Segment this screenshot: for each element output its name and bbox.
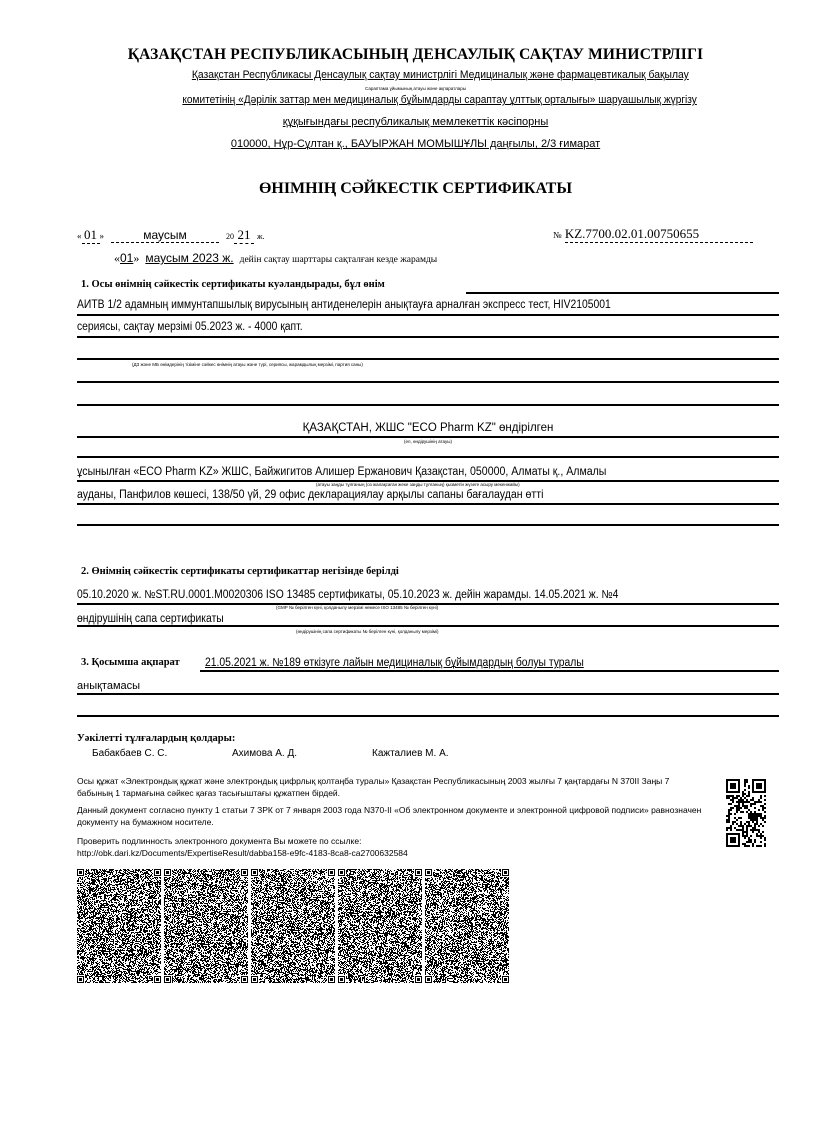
additional-info-line-2: анықтамасы — [77, 680, 140, 692]
certificate-number-value: KZ.7700.02.01.00750655 — [565, 226, 753, 243]
verify-label: Проверить подлинность электронного докум… — [77, 836, 361, 846]
applicant-caption: (атауы заңды тұлғаның (оз жалақсаған жек… — [316, 482, 520, 487]
manufacturer-line: ҚАЗАҚСТАН, ЖШС "ECO Pharm KZ" өндірілген — [77, 422, 779, 434]
section3-heading: 3. Қосымша ақпарат — [81, 657, 180, 668]
issue-month: маусым — [111, 228, 219, 243]
issue-date: «01» маусым 2021 ж. — [77, 227, 265, 244]
basis-line-2: өндірушінің сапа сертификаты — [77, 613, 224, 625]
signatory-3: Кажталиев М. А. — [372, 748, 449, 759]
ministry-title: ҚАЗАҚСТАН РЕСПУБЛИКАСЫНЫҢ ДЕНСАУЛЫҚ САҚТ… — [0, 46, 831, 64]
committee-line-1: Қазақстан Республикасы Денсаулық сақтау … — [60, 69, 820, 81]
section1-heading: 1. Осы өнімнің сәйкестік сертификаты куә… — [81, 279, 385, 290]
signatures-heading: Уәкілетті тұлғалардың қолдары: — [77, 733, 235, 744]
issue-day: 01 — [82, 227, 100, 244]
footer-kz-text: Осы құжат «Электрондық құжат және электр… — [77, 775, 697, 799]
signatory-1: Бабакбаев С. С. — [92, 748, 167, 759]
committee-caption: Сараптама ұйымының атауы және ақпаратлар… — [0, 86, 831, 91]
issue-year: 21 — [234, 227, 254, 244]
barcode-icon — [425, 869, 509, 983]
committee-line-3: құқығындағы республикалық мемлекеттік кә… — [0, 116, 831, 128]
qr-code-icon — [726, 779, 767, 849]
applicant-line-1: ұсынылған «ECO Pharm KZ» ЖШС, Байжигитов… — [77, 466, 606, 478]
applicant-line-2: ауданы, Панфилов көшесі, 138/50 үй, 29 о… — [77, 489, 543, 501]
basis-line-1: 05.10.2020 ж. №ST.RU.0001.M0020306 ISO 1… — [77, 589, 618, 601]
product-line-1: АИТВ 1/2 адамның иммунтапшылық вирусының… — [77, 299, 611, 311]
additional-info-line-1: 21.05.2021 ж. №189 өткізуге лайын медици… — [205, 657, 584, 669]
section2-heading: 2. Өнімнің сәйкестік сертификаты сертифи… — [81, 566, 399, 577]
basis-caption-1: (GMP № берілген күні, қолданылу мерзімі … — [276, 605, 438, 610]
basis-caption-2: (өндірушінің сапа сертификаты № берілген… — [296, 629, 438, 634]
certificate-title: ӨНІМНІҢ СӘЙКЕСТІК СЕРТИФИКАТЫ — [0, 180, 831, 198]
validity-line: «01» маусым 2023 ж. дейін сақтау шарттар… — [114, 251, 437, 266]
barcode-icon — [338, 869, 422, 983]
signatory-2: Ахимова А. Д. — [232, 748, 297, 759]
certificate-number: № KZ.7700.02.01.00750655 — [553, 226, 753, 243]
manufacturer-caption: (ел, өндірушінің атауы) — [77, 439, 779, 444]
footer-ru-text: Данный документ согласно пункту 1 статьи… — [77, 804, 707, 828]
barcode-icon — [251, 869, 335, 983]
product-caption: (ДЗ және МБ өнімдерінің тізіміне сәйкес … — [132, 362, 363, 367]
product-line-2: сериясы, сақтау мерзімі 05.2023 ж. - 400… — [77, 321, 303, 333]
verify-link[interactable]: http://obk.dari.kz/Documents/ExpertiseRe… — [77, 848, 408, 858]
committee-line-2: комитетінің «Дәрілік заттар мен медицина… — [60, 94, 820, 106]
barcode-icon — [164, 869, 248, 983]
barcode-icon — [77, 869, 161, 983]
committee-address: 010000, Нұр-Сұлтан қ., БАУЫРЖАН МОМЫШҰЛЫ… — [0, 138, 831, 150]
